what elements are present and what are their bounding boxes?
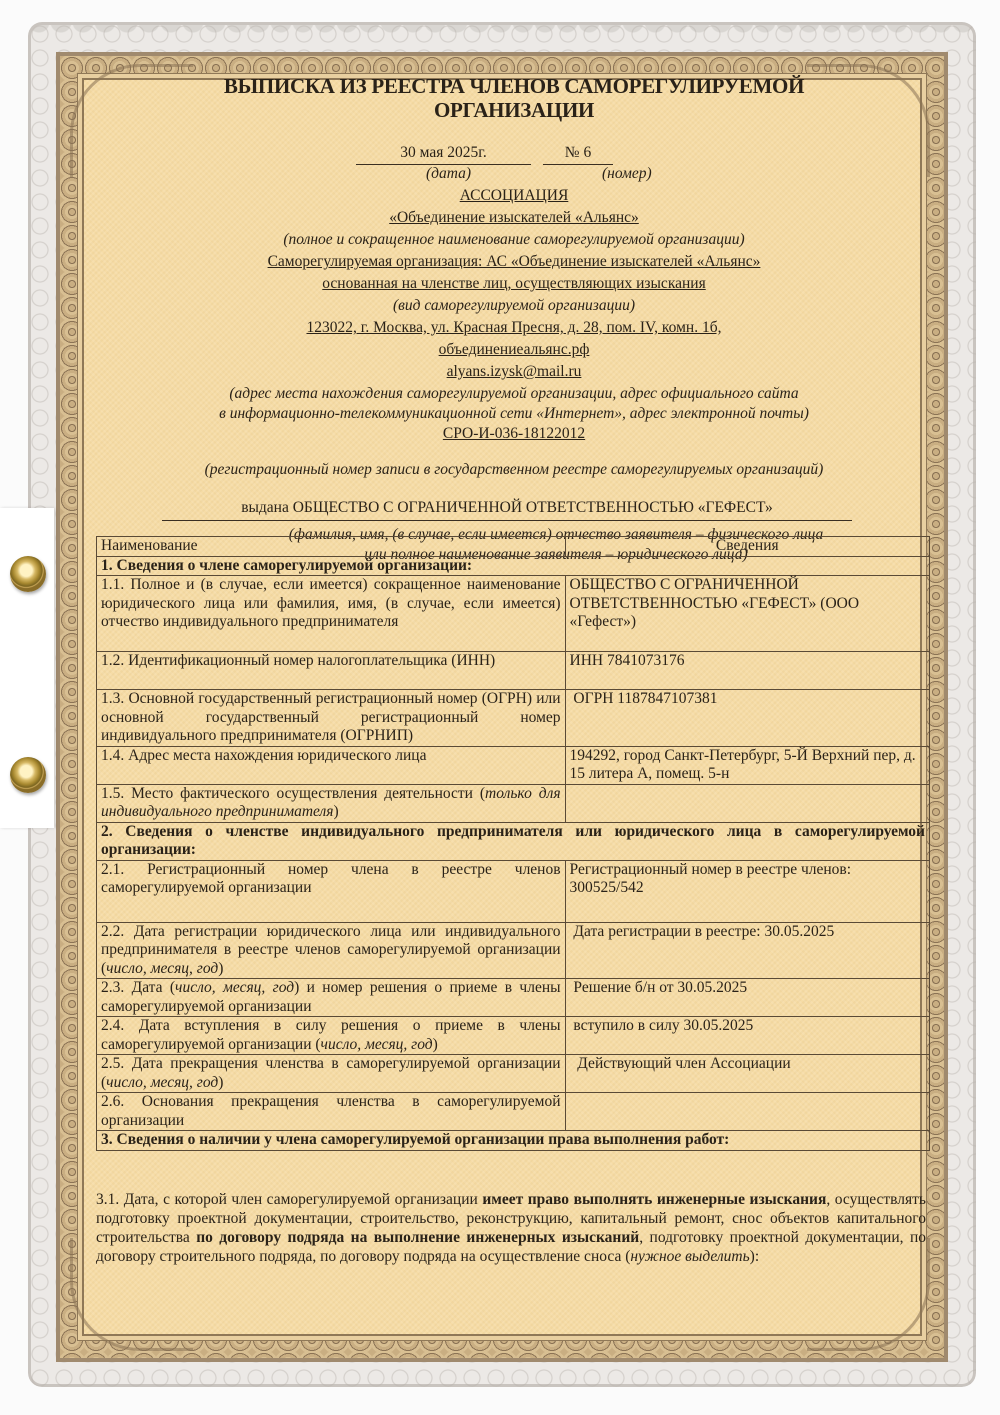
issue-number: № 6 (543, 142, 613, 165)
header-name: Наименование (97, 537, 566, 557)
table-row: 2.1. Регистрационный номер члена в реест… (97, 860, 930, 922)
row-value: вступило в силу 30.05.2025 (565, 1017, 929, 1055)
section-row: 2. Сведения о членстве индивидуального п… (97, 822, 930, 860)
section-3-title: 3. Сведения о наличии у члена саморегули… (97, 1131, 930, 1151)
reg-number-caption: (регистрационный номер записи в государс… (96, 460, 932, 480)
section-2-title: 2. Сведения о членстве индивидуального п… (97, 822, 930, 860)
issued-to: выдана ОБЩЕСТВО С ОГРАНИЧЕННОЙ ОТВЕТСТВЕ… (162, 498, 852, 521)
sro-name: Саморегулируемая организация: АС «Объеди… (96, 252, 932, 272)
org-type: АССОЦИАЦИЯ (96, 186, 932, 206)
table-row: 1.1. Полное и (в случае, если имеется) с… (97, 576, 930, 652)
org-name: «Объединение изыскателей «Альянс» (96, 208, 932, 228)
row-value (565, 784, 929, 822)
row-label: 1.2. Идентификационный номер налогоплате… (97, 652, 566, 690)
table-header-row: Наименование Сведения (97, 537, 930, 557)
table-row: 2.2. Дата регистрации юридического лица … (97, 922, 930, 979)
date-number-block: 30 мая 2025г. № 6 (дата) (номер) (96, 142, 932, 186)
row-value: Дата регистрации в реестре: 30.05.2025 (565, 922, 929, 979)
section-row: 1. Сведения о члене саморегулируемой орг… (97, 556, 930, 576)
sro-email[interactable]: alyans.izysk@mail.ru (96, 362, 932, 382)
row-value: ИНН 7841073176 (565, 652, 929, 690)
document-title: ВЫПИСКА ИЗ РЕЕСТРА ЧЛЕНОВ САМОРЕГУЛИРУЕМ… (96, 74, 932, 122)
grommet-icon (10, 757, 46, 793)
row-label: 2.5. Дата прекращения членства в саморег… (97, 1055, 566, 1093)
sro-type: основанная на членстве лиц, осуществляющ… (96, 274, 932, 294)
row-label: 2.4. Дата вступления в силу решения о пр… (97, 1017, 566, 1055)
row-value: Действующий член Ассоциации (565, 1055, 929, 1093)
row-value: ОГРН 1187847107381 (565, 690, 929, 747)
table-row: 1.5. Место фактического осуществления де… (97, 784, 930, 822)
row-value: 194292, город Санкт-Петербург, 5-Й Верхн… (565, 746, 929, 784)
row-value: Регистрационный номер в реестре членов: … (565, 860, 929, 922)
number-caption: (номер) (602, 165, 652, 183)
sro-type-caption: (вид саморегулируемой организации) (96, 296, 932, 316)
grommet-icon (10, 556, 46, 592)
row-label: 1.5. Место фактического осуществления де… (97, 784, 566, 822)
sro-website[interactable]: объединениеальянс.рф (96, 340, 932, 360)
section-row: 3. Сведения о наличии у члена саморегули… (97, 1131, 930, 1151)
issue-date: 30 мая 2025г. (356, 142, 531, 165)
table-row: 1.4. Адрес места нахождения юридического… (97, 746, 930, 784)
row-label: 1.3. Основной государственный регистраци… (97, 690, 566, 747)
address-caption-2: в информационно-телекоммуникационной сет… (96, 404, 932, 424)
table-row: 2.3. Дата (число, месяц, год) и номер ре… (97, 979, 930, 1017)
row-value: Решение б/н от 30.05.2025 (565, 979, 929, 1017)
row-value (565, 1093, 929, 1131)
sro-reg-number: СРО-И-036-18122012 (96, 424, 932, 444)
row-label: 2.3. Дата (число, месяц, год) и номер ре… (97, 979, 566, 1017)
registry-table: Наименование Сведения 1. Сведения о член… (96, 536, 930, 1151)
header-info: Сведения (565, 537, 929, 557)
document-header: ВЫПИСКА ИЗ РЕЕСТРА ЧЛЕНОВ САМОРЕГУЛИРУЕМ… (96, 74, 932, 565)
row-label: 1.4. Адрес места нахождения юридического… (97, 746, 566, 784)
table-row: 1.3. Основной государственный регистраци… (97, 690, 930, 747)
address-caption-1: (адрес места нахождения саморегулируемой… (96, 384, 932, 404)
row-label: 2.1. Регистрационный номер члена в реест… (97, 860, 566, 922)
date-caption: (дата) (426, 165, 471, 183)
table-row: 2.4. Дата вступления в силу решения о пр… (97, 1017, 930, 1055)
row-label: 2.2. Дата регистрации юридического лица … (97, 922, 566, 979)
row-label: 1.1. Полное и (в случае, если имеется) с… (97, 576, 566, 652)
row-value: ОБЩЕСТВО С ОГРАНИЧЕННОЙ ОТВЕТСТВЕННОСТЬЮ… (565, 576, 929, 652)
row-label: 2.6. Основания прекращения членства в са… (97, 1093, 566, 1131)
paragraph-3-1: 3.1. Дата, с которой член саморегулируем… (96, 1190, 926, 1266)
table-row: 1.2. Идентификационный номер налогоплате… (97, 652, 930, 690)
org-caption: (полное и сокращенное наименование самор… (96, 230, 932, 250)
table-row: 2.6. Основания прекращения членства в са… (97, 1093, 930, 1131)
table-row: 2.5. Дата прекращения членства в саморег… (97, 1055, 930, 1093)
sro-address: 123022, г. Москва, ул. Красная Пресня, д… (96, 318, 932, 338)
section-1-title: 1. Сведения о члене саморегулируемой орг… (97, 556, 930, 576)
